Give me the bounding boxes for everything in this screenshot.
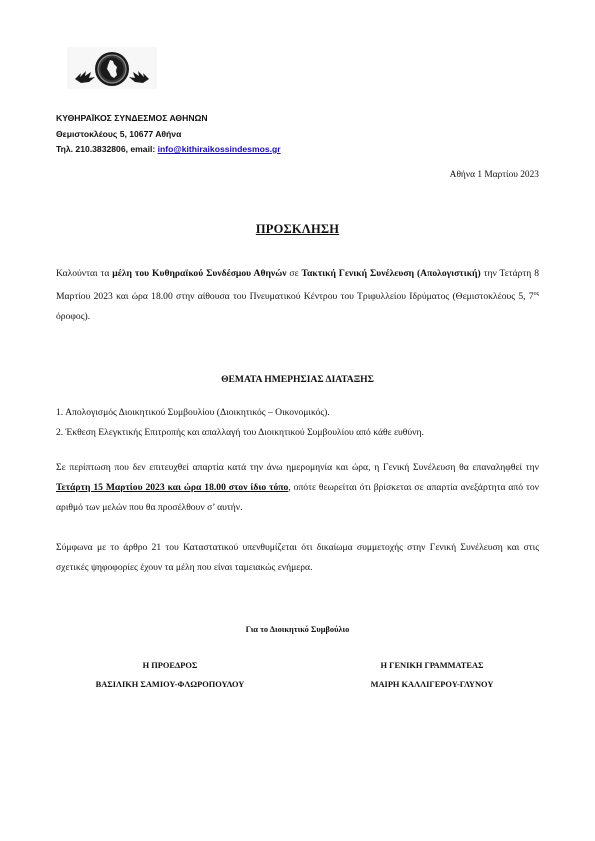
secretary-name: ΜΑΙΡΗ ΚΑΛΛΙΓΕΡΟΥ-ΓΛΥΝΟΥ [322, 675, 542, 694]
president-role: Η ΠΡΟΕΔΡΟΣ [60, 656, 280, 675]
agenda-list: 1. Απολογισμός Διοικητικού Συμβουλίου (Δ… [56, 403, 424, 443]
org-address: Θεμιστοκλέους 5, 10677 Αθήνα [56, 127, 281, 143]
document-title: ΠΡΟΣΚΛΗΣΗ [0, 222, 595, 237]
association-emblem-icon [67, 47, 157, 89]
floor-ordinal: ος [534, 291, 539, 297]
agenda-item: 2. Έκθεση Ελεγκτικής Επιτροπής και απαλλ… [56, 423, 424, 443]
eligibility-paragraph: Σύμφωνα με το άρθρο 21 του Καταστατικού … [56, 538, 539, 578]
agenda-item: 1. Απολογισμός Διοικητικού Συμβουλίου (Δ… [56, 403, 424, 423]
invitation-paragraph: Καλούνται τα μέλη του Κυθηραϊκού Συνδέσμ… [56, 264, 539, 327]
org-contact: Τηλ. 210.3832806, email: info@kithiraiko… [56, 142, 281, 158]
org-name: ΚΥΘΗΡΑΪΚΟΣ ΣΥΝΔΕΣΜΟΣ ΑΘΗΝΩΝ [56, 111, 281, 127]
agenda-title: ΘΕΜΑΤΑ ΗΜΕΡΗΣΙΑΣ ΔΙΑΤΑΞΗΣ [0, 374, 595, 385]
invitation-text: Καλούνται τα [56, 268, 112, 279]
quorum-paragraph: Σε περίπτωση που δεν επιτευχθεί απαρτία … [56, 458, 539, 518]
email-link[interactable]: info@kithiraikossindesmos.gr [158, 144, 281, 154]
organization-header: ΚΥΘΗΡΑΪΚΟΣ ΣΥΝΔΕΣΜΟΣ ΑΘΗΝΩΝ Θεμιστοκλέου… [56, 111, 281, 158]
invitation-text: σε [287, 268, 302, 279]
president-signature: Η ΠΡΟΕΔΡΟΣ ΒΑΣΙΛΙΚΗ ΣΑΜΙΟΥ-ΦΛΩΡΟΠΟΥΛΟΥ [60, 656, 280, 694]
secretary-role: Η ΓΕΝΙΚΗ ΓΡΑΜΜΑΤΕΑΣ [322, 656, 542, 675]
contact-phone: Τηλ. 210.3832806, email: [56, 144, 158, 154]
board-signoff: Για το Διοικητικό Συμβούλιο [0, 625, 595, 634]
president-name: ΒΑΣΙΛΙΚΗ ΣΑΜΙΟΥ-ΦΛΩΡΟΠΟΥΛΟΥ [60, 675, 280, 694]
secretary-signature: Η ΓΕΝΙΚΗ ΓΡΑΜΜΑΤΕΑΣ ΜΑΙΡΗ ΚΑΛΛΙΓΕΡΟΥ-ΓΛΥ… [322, 656, 542, 694]
repeat-meeting-date: Τετάρτη 15 Μαρτίου 2023 και ώρα 18.00 στ… [56, 482, 288, 493]
invitation-members: μέλη του Κυθηραϊκού Συνδέσμου Αθηνών [112, 268, 286, 279]
quorum-text: Σε περίπτωση που δεν επιτευχθεί απαρτία … [56, 462, 539, 473]
invitation-text: όροφος). [56, 311, 90, 322]
document-date: Αθήνα 1 Μαρτίου 2023 [450, 170, 539, 180]
invitation-assembly-type: Τακτική Γενική Συνέλευση (Απολογιστική) [302, 268, 481, 279]
